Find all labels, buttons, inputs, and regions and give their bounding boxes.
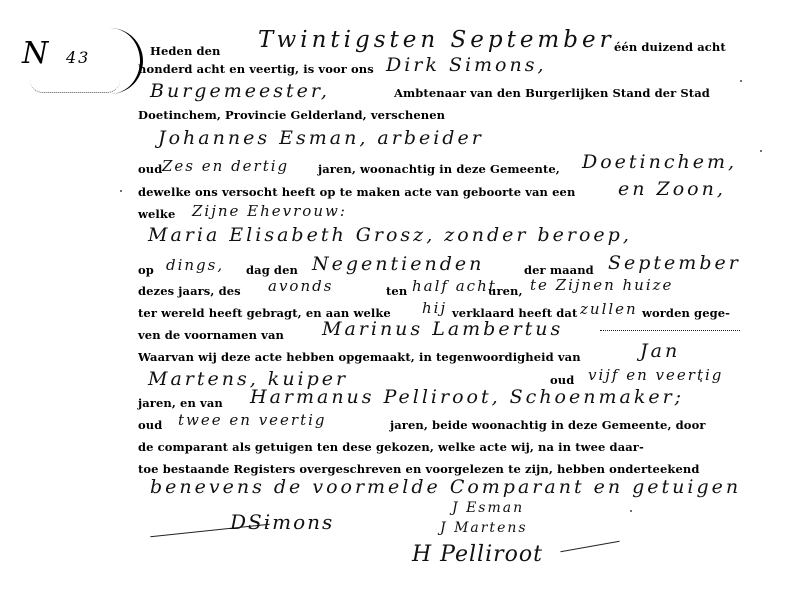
handwritten-official-name: Dirk Simons, (386, 54, 547, 76)
handwritten-hour: half acht (412, 277, 497, 295)
printed-text: jaren, beide woonachtig in deze Gemeente… (390, 418, 706, 432)
line-1: Heden den (150, 40, 221, 59)
handwritten-witness1-first: Jan (640, 340, 680, 362)
handwritten-relation: Zijne Ehevrouw: (192, 202, 347, 220)
printed-text: uren, (488, 284, 523, 298)
handwritten-child-sex: en Zoon, (618, 178, 726, 200)
printed-text: toe bestaande Registers overgeschreven e… (138, 462, 699, 476)
scan-speck (740, 80, 742, 82)
printed-text: honderd acht en veertig, is voor ons (138, 62, 374, 76)
handwritten-verb: zullen (580, 300, 638, 318)
printed-text: jaren, woonachtig in deze Gemeente, (318, 162, 560, 176)
margin-flourish (30, 80, 120, 93)
printed-text: worden gege- (642, 306, 730, 320)
signature-official: DSimons (230, 510, 334, 534)
handwritten-residence: Doetinchem, (582, 151, 737, 173)
handwritten-pronoun: hij (422, 299, 447, 317)
handwritten-birth-month: September (608, 252, 741, 274)
signature-witness-1: J Martens (440, 520, 528, 536)
handwritten-witness2-name: Harmanus Pelliroot, Schoenmaker; (250, 386, 684, 408)
printed-text: ven de voornamen van (138, 328, 284, 342)
margin-number-label: N (22, 36, 48, 71)
printed-text: dewelke ons versocht heeft op te maken a… (138, 185, 575, 199)
line-filler-flourish (600, 330, 740, 331)
printed-text: ten (386, 284, 407, 298)
birth-record-page: N 43 Heden den Twintigsten September één… (0, 0, 800, 600)
scan-speck (760, 150, 762, 152)
handwritten-birth-place: te Zijnen huize (530, 276, 673, 294)
printed-text: Waarvan wij deze acte hebben opgemaakt, … (138, 350, 581, 364)
handwritten-mother-name: Maria Elisabeth Grosz, zonder beroep, (148, 224, 632, 246)
printed-text: de comparant als getuigen ten dese gekoz… (138, 440, 644, 454)
printed-text: der maand (524, 263, 594, 277)
signature-father: J Esman (452, 500, 524, 516)
scan-speck (700, 380, 702, 382)
handwritten-witness2-age: twee en veertig (178, 411, 327, 429)
handwritten-weekday: dings, (166, 256, 224, 274)
handwritten-witness1-age: vijf en veertig (588, 366, 723, 384)
printed-text: Ambtenaar van den Burgerlijken Stand der… (394, 86, 710, 100)
printed-text: Heden den (150, 44, 221, 58)
printed-text: op (138, 263, 154, 277)
printed-text: dag den (246, 263, 298, 277)
printed-text: Doetinchem, Provincie Gelderland, versch… (138, 108, 445, 122)
signature-flourish (560, 541, 619, 552)
handwritten-father-age: Zes en dertig (162, 157, 289, 175)
printed-text: welke (138, 207, 175, 221)
printed-text: oud (138, 162, 162, 176)
printed-text: dezes jaars, des (138, 284, 241, 298)
handwritten-time-of-day: avonds (268, 277, 333, 295)
handwritten-birth-day: Negentienden (312, 253, 484, 275)
printed-text: jaren, en van (138, 396, 223, 410)
printed-text: één duizend acht (614, 40, 726, 54)
handwritten-father-name: Johannes Esman, arbeider (158, 127, 484, 149)
scan-speck (630, 510, 632, 512)
handwritten-child-name: Marinus Lambertus (322, 318, 563, 340)
handwritten-official-title: Burgemeester, (150, 80, 330, 102)
scan-speck (120, 190, 122, 192)
margin-record-number: N 43 (14, 34, 124, 82)
handwritten-closing: benevens de voormelde Comparant en getui… (150, 476, 741, 498)
printed-text: oud (550, 373, 574, 387)
printed-text: oud (138, 418, 162, 432)
handwritten-date: Twintigsten September (258, 27, 615, 53)
signature-witness-2: H Pelliroot (412, 542, 543, 567)
